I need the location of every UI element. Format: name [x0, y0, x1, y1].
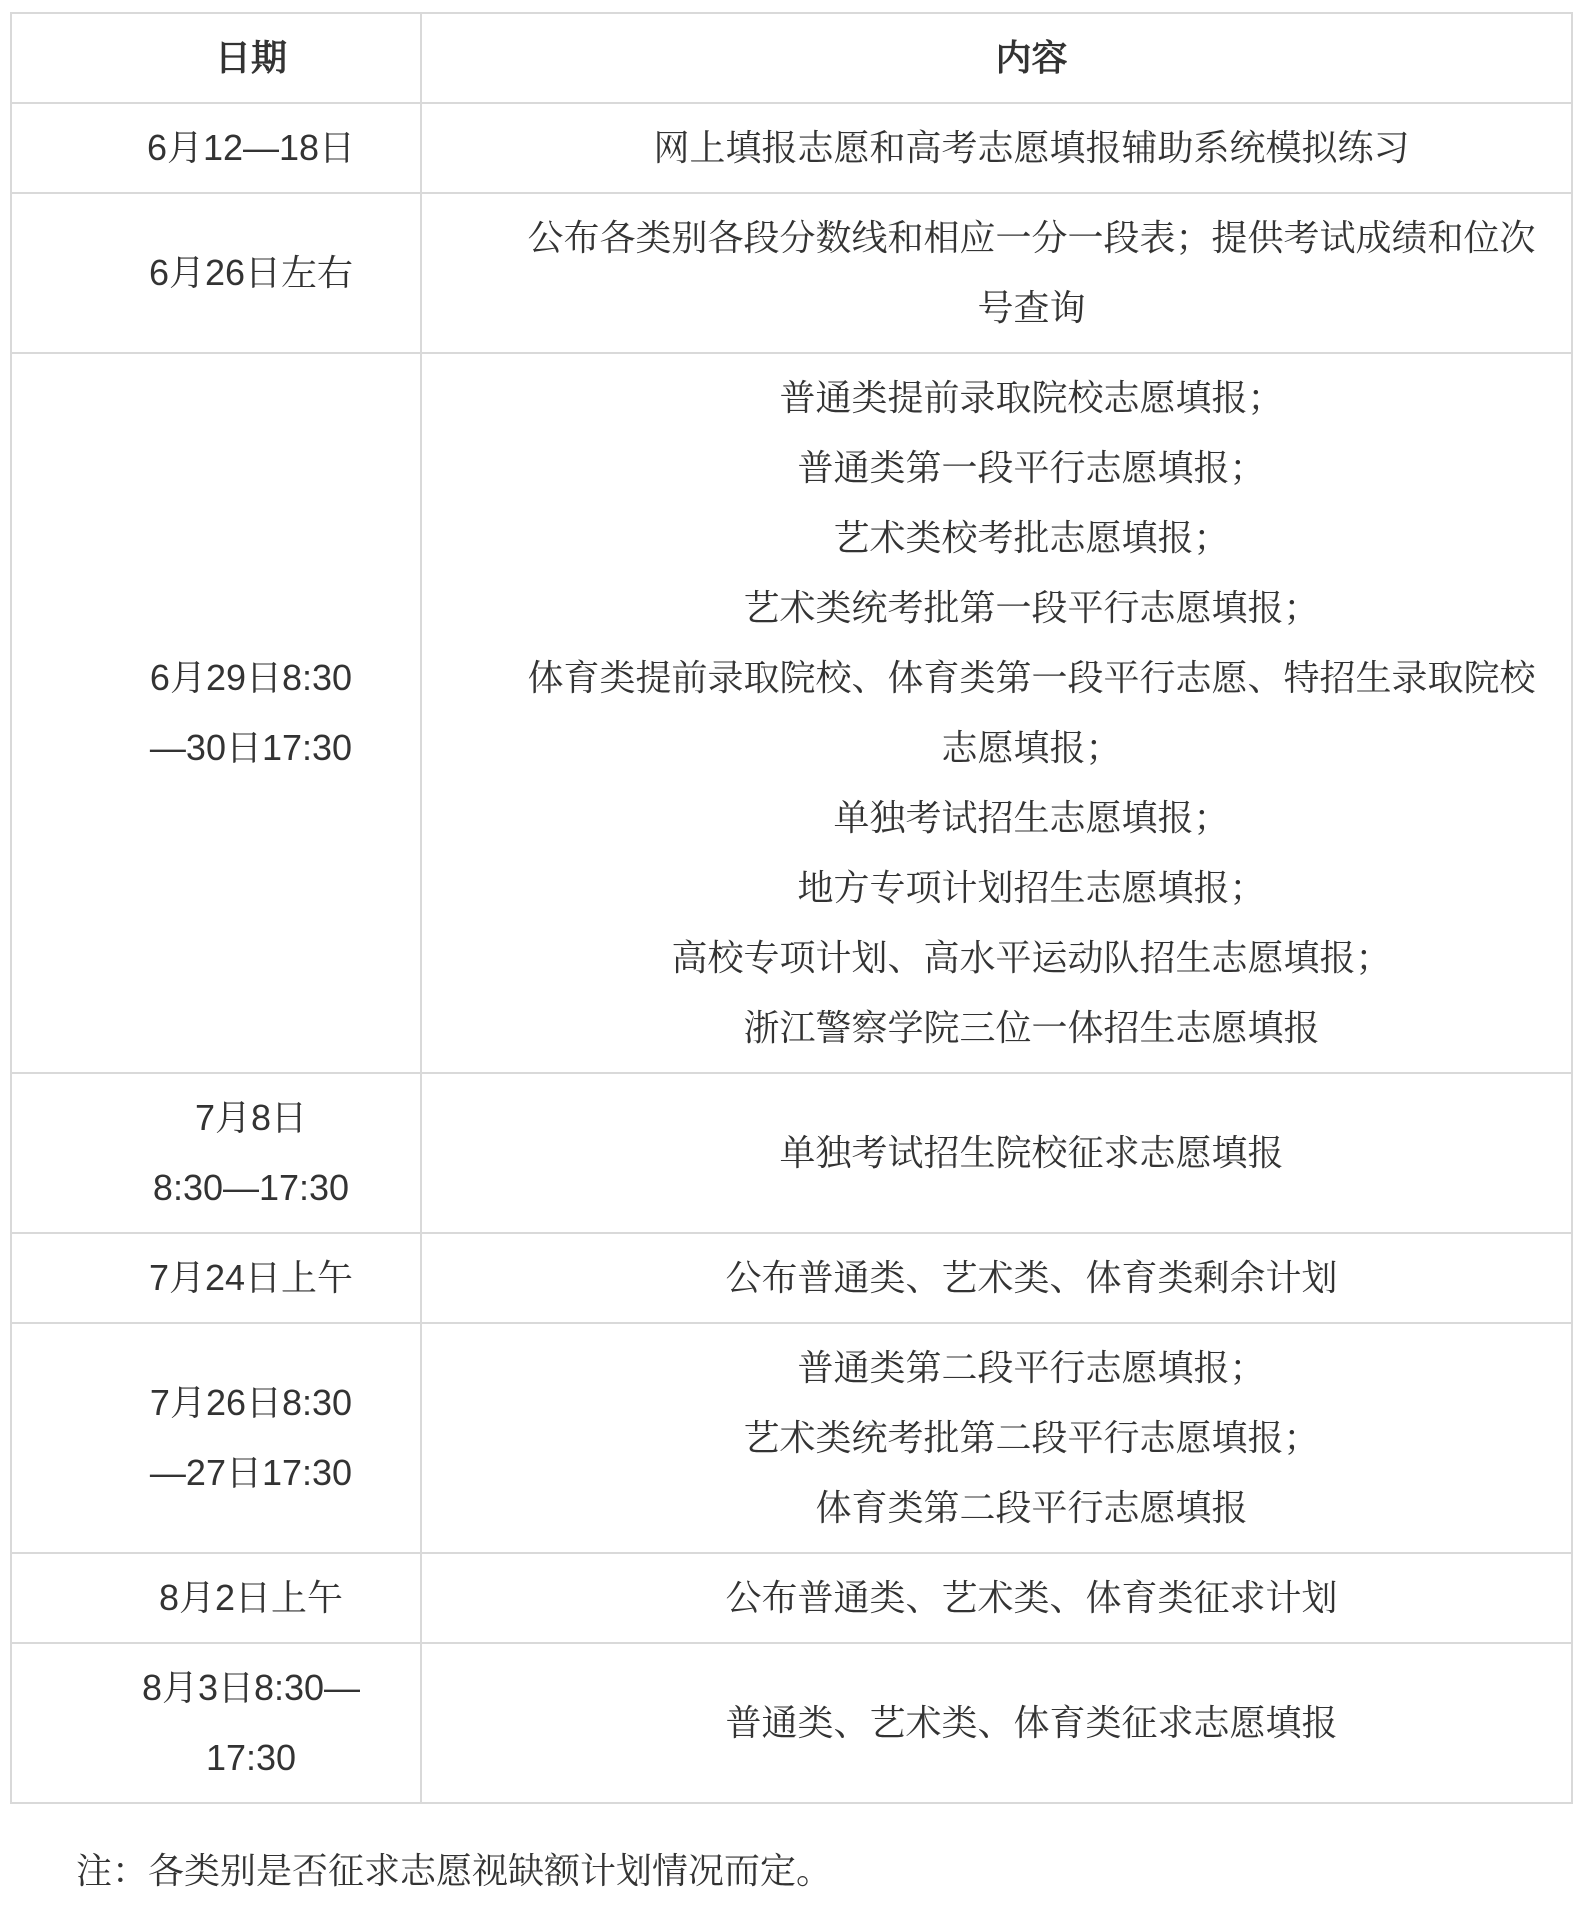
content-cell: 普通类第二段平行志愿填报；艺术类统考批第二段平行志愿填报；体育类第二段平行志愿填…: [421, 1323, 1572, 1553]
content-line: 地方专项计划招生志愿填报；: [502, 853, 1561, 923]
header-row: 日期 内容: [11, 13, 1572, 103]
date-line: —27日17:30: [92, 1438, 410, 1508]
content-cell: 普通类、艺术类、体育类征求志愿填报: [421, 1643, 1572, 1803]
date-cell: 7月8日8:30—17:30: [11, 1073, 421, 1233]
content-cell: 公布各类别各段分数线和相应一分一段表；提供考试成绩和位次号查询: [421, 193, 1572, 353]
table-row: 8月3日8:30—17:30普通类、艺术类、体育类征求志愿填报: [11, 1643, 1572, 1803]
date-cell: 6月12—18日: [11, 103, 421, 193]
content-line: 公布普通类、艺术类、体育类征求计划: [502, 1563, 1561, 1633]
date-line: —30日17:30: [92, 713, 410, 783]
content-line: 普通类第二段平行志愿填报；: [502, 1333, 1561, 1403]
content-cell: 公布普通类、艺术类、体育类剩余计划: [421, 1233, 1572, 1323]
content-line: 号查询: [502, 273, 1561, 343]
content-line: 体育类提前录取院校、体育类第一段平行志愿、特招生录取院校: [502, 643, 1561, 713]
table-row: 7月8日8:30—17:30单独考试招生院校征求志愿填报: [11, 1073, 1572, 1233]
date-line: 8:30—17:30: [92, 1153, 410, 1223]
date-line: 8月2日上午: [92, 1563, 410, 1633]
schedule-table: 日期 内容 6月12—18日网上填报志愿和高考志愿填报辅助系统模拟练习6月26日…: [10, 12, 1573, 1804]
content-line: 普通类提前录取院校志愿填报；: [502, 363, 1561, 433]
date-line: 17:30: [92, 1723, 410, 1793]
table-row: 6月29日8:30—30日17:30普通类提前录取院校志愿填报；普通类第一段平行…: [11, 353, 1572, 1073]
date-line: 7月8日: [92, 1083, 410, 1153]
date-cell: 8月2日上午: [11, 1553, 421, 1643]
content-line: 体育类第二段平行志愿填报: [502, 1473, 1561, 1543]
content-line: 公布各类别各段分数线和相应一分一段表；提供考试成绩和位次: [502, 203, 1561, 273]
content-cell: 单独考试招生院校征求志愿填报: [421, 1073, 1572, 1233]
header-cell-date: 日期: [11, 13, 421, 103]
table-row: 7月24日上午公布普通类、艺术类、体育类剩余计划: [11, 1233, 1572, 1323]
schedule-table-body: 6月12—18日网上填报志愿和高考志愿填报辅助系统模拟练习6月26日左右公布各类…: [11, 103, 1572, 1803]
date-line: 6月12—18日: [92, 113, 410, 183]
table-row: 6月12—18日网上填报志愿和高考志愿填报辅助系统模拟练习: [11, 103, 1572, 193]
content-line: 单独考试招生院校征求志愿填报: [502, 1118, 1561, 1188]
content-cell: 普通类提前录取院校志愿填报；普通类第一段平行志愿填报；艺术类校考批志愿填报；艺术…: [421, 353, 1572, 1073]
content-line: 高校专项计划、高水平运动队招生志愿填报；: [502, 923, 1561, 993]
content-line: 单独考试招生志愿填报；: [502, 783, 1561, 853]
date-cell: 8月3日8:30—17:30: [11, 1643, 421, 1803]
date-cell: 6月29日8:30—30日17:30: [11, 353, 421, 1073]
content-line: 艺术类统考批第二段平行志愿填报；: [502, 1403, 1561, 1473]
date-line: 7月26日8:30: [92, 1368, 410, 1438]
table-row: 8月2日上午公布普通类、艺术类、体育类征求计划: [11, 1553, 1572, 1643]
content-cell: 网上填报志愿和高考志愿填报辅助系统模拟练习: [421, 103, 1572, 193]
page: 日期 内容 6月12—18日网上填报志愿和高考志愿填报辅助系统模拟练习6月26日…: [0, 0, 1581, 1932]
content-line: 普通类第一段平行志愿填报；: [502, 433, 1561, 503]
content-cell: 公布普通类、艺术类、体育类征求计划: [421, 1553, 1572, 1643]
date-cell: 7月26日8:30—27日17:30: [11, 1323, 421, 1553]
content-line: 艺术类统考批第一段平行志愿填报；: [502, 573, 1561, 643]
date-line: 6月26日左右: [92, 238, 410, 308]
content-line: 普通类、艺术类、体育类征求志愿填报: [502, 1688, 1561, 1758]
footnote: 注：各类别是否征求志愿视缺额计划情况而定。: [76, 1836, 1571, 1906]
date-line: 6月29日8:30: [92, 643, 410, 713]
date-cell: 6月26日左右: [11, 193, 421, 353]
content-line: 公布普通类、艺术类、体育类剩余计划: [502, 1243, 1561, 1313]
date-cell: 7月24日上午: [11, 1233, 421, 1323]
table-row: 6月26日左右公布各类别各段分数线和相应一分一段表；提供考试成绩和位次号查询: [11, 193, 1572, 353]
date-line: 7月24日上午: [92, 1243, 410, 1313]
table-row: 7月26日8:30—27日17:30普通类第二段平行志愿填报；艺术类统考批第二段…: [11, 1323, 1572, 1553]
content-line: 网上填报志愿和高考志愿填报辅助系统模拟练习: [502, 113, 1561, 183]
date-line: 8月3日8:30—: [92, 1653, 410, 1723]
header-cell-content: 内容: [421, 13, 1572, 103]
content-line: 艺术类校考批志愿填报；: [502, 503, 1561, 573]
content-line: 浙江警察学院三位一体招生志愿填报: [502, 993, 1561, 1063]
content-line: 志愿填报；: [502, 713, 1561, 783]
